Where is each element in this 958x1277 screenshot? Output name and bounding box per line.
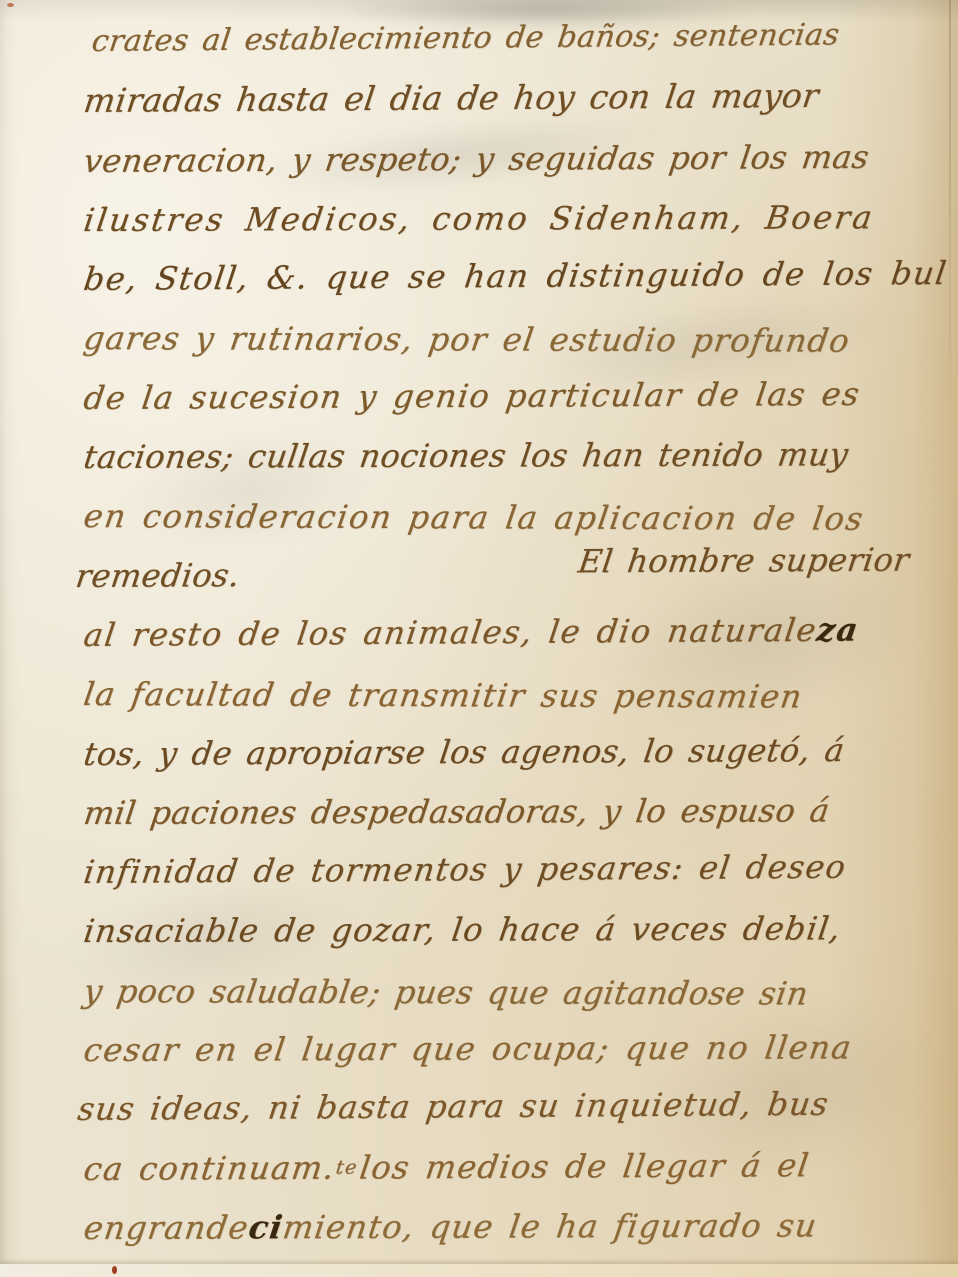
line-text: al resto de los animales, le dio natural… bbox=[81, 610, 819, 653]
line-text: veneracion, y respeto; y seguidas por lo… bbox=[81, 137, 871, 179]
line-text: en consideracion para la aplicacion de l… bbox=[81, 497, 867, 538]
line-text: gares y rutinarios, por el estudio profu… bbox=[81, 319, 852, 360]
manuscript-line: y poco saludable; pues que agitandose si… bbox=[84, 961, 922, 1023]
line-text: tos, y de apropiarse los agenos, lo suge… bbox=[81, 730, 847, 772]
line-text: y poco saludable; pues que agitandose si… bbox=[81, 971, 810, 1012]
ink-speck bbox=[7, 3, 14, 7]
manuscript-line: insaciable de gozar, lo hace á veces deb… bbox=[84, 899, 922, 961]
line-text: miento, que le ha figurado su bbox=[280, 1206, 819, 1246]
line-text: engrande bbox=[81, 1208, 251, 1247]
manuscript-line: en consideracion para la aplicacion de l… bbox=[84, 486, 922, 548]
manuscript-line: de la sucesion y genio particular de las… bbox=[84, 363, 922, 427]
manuscript-line: crates al establecimiento de baños; sent… bbox=[92, 5, 922, 72]
line-text: de la sucesion y genio particular de las… bbox=[81, 374, 862, 416]
manuscript-page: crates al establecimiento de baños; sent… bbox=[0, 0, 958, 1277]
line-text: insaciable de gozar, lo hace á veces deb… bbox=[81, 909, 843, 950]
manuscript-line: tos, y de apropiarse los agenos, lo suge… bbox=[84, 719, 922, 783]
manuscript-line: infinidad de tormentos y pesares: el des… bbox=[84, 836, 922, 901]
line-text: los medios de llegar á el bbox=[357, 1145, 812, 1185]
manuscript-line: veneracion, y respeto; y seguidas por lo… bbox=[84, 126, 922, 190]
ink-speck bbox=[112, 1266, 117, 1274]
line-text: miradas hasta el dia de hoy con la mayor bbox=[81, 76, 821, 120]
manuscript-line: mil paciones despedasadoras, y lo espuso… bbox=[84, 780, 922, 842]
manuscript-line: ca continuam.telos medios de llegar á el bbox=[84, 1134, 922, 1198]
manuscript-line: la facultad de transmitir sus pensamien bbox=[84, 664, 922, 726]
manuscript-line: al resto de los animales, le dio natural… bbox=[84, 599, 922, 664]
line-text: be, Stoll, &. que se han distinguido de … bbox=[81, 254, 949, 298]
line-text: infinidad de tormentos y pesares: el des… bbox=[81, 847, 848, 890]
line-text: crates al establecimiento de baños; sent… bbox=[90, 18, 842, 60]
manuscript-line: cesar en el lugar que ocupa; que no llen… bbox=[84, 1017, 922, 1079]
manuscript-line: taciones; cullas nociones los han tenido… bbox=[84, 424, 922, 486]
ink-correction: ci bbox=[246, 1208, 285, 1246]
line-text: ca continuam. bbox=[81, 1148, 337, 1187]
line-text: la facultad de transmitir sus pensamien bbox=[81, 675, 805, 715]
manuscript-line: engrandecimiento, que le ha figurado su bbox=[84, 1195, 922, 1257]
manuscript-line: remedios. El hombre superior bbox=[76, 541, 922, 605]
line-text: ilustres Medicos, como Sidenham, Boera bbox=[81, 198, 876, 239]
line-text: taciones; cullas nociones los han tenido… bbox=[81, 435, 850, 476]
manuscript-line: ilustres Medicos, como Sidenham, Boera bbox=[84, 187, 922, 249]
manuscript-line: miradas hasta el dia de hoy con la mayor bbox=[84, 65, 922, 130]
manuscript-line: be, Stoll, &. que se han distinguido de … bbox=[84, 243, 922, 308]
line-text: mil paciones despedasadoras, y lo espuso… bbox=[81, 791, 832, 832]
line-text: El hombre superior bbox=[576, 540, 912, 580]
line-text: cesar en el lugar que ocupa; que no llen… bbox=[81, 1028, 854, 1069]
manuscript-line: sus ideas, ni basta para su inquietud, b… bbox=[78, 1073, 922, 1138]
line-text: sus ideas, ni basta para su inquietud, b… bbox=[75, 1085, 831, 1128]
ink-correction: za bbox=[815, 610, 862, 648]
page-bottom-edge bbox=[0, 1264, 958, 1277]
manuscript-line: gares y rutinarios, por el estudio profu… bbox=[84, 308, 922, 370]
superscript-abbreviation: te bbox=[335, 1155, 360, 1178]
line-text: remedios. bbox=[73, 555, 242, 594]
manuscript-text: crates al establecimiento de baños; sent… bbox=[0, 12, 958, 1257]
